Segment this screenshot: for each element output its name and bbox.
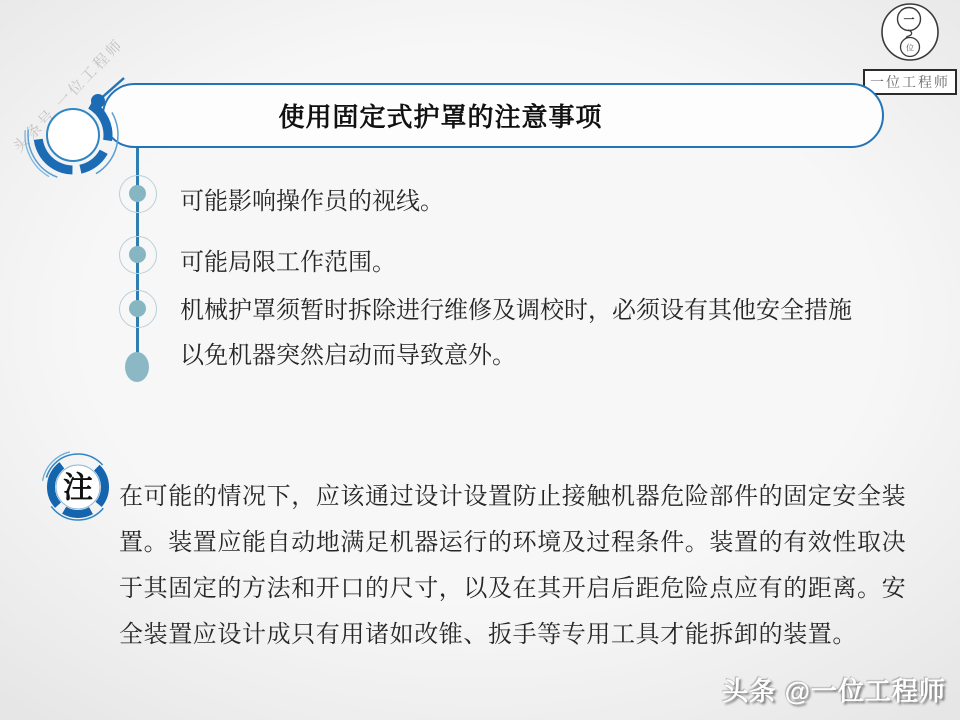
bullet-dot-icon (129, 246, 146, 263)
bullet-item-3: 机械护罩须暂时拆除进行维修及调校时，必须设有其他安全措施 以免机器突然启动而导致… (180, 288, 852, 378)
brand-logo: 一 位 一位工程师 (862, 2, 958, 95)
note-line-1: 在可能的情况下，应该通过设计设置防止接触机器危险部件的固定安全装 (119, 474, 906, 520)
bullet-item-3-line-2: 以免机器突然启动而导致意外。 (180, 333, 852, 378)
note-line-4: 全装置应设计成只有用诸如改锥、扳手等专用工具才能拆卸的装置。 (119, 612, 906, 658)
footer-credit: 头条 @一位工程师 (722, 671, 946, 708)
note-paragraph: 在可能的情况下，应该通过设计设置防止接触机器危险部件的固定安全装 置。装置应能自… (119, 474, 906, 658)
page-title: 使用固定式护罩的注意事项 (278, 97, 602, 134)
logo-top-char: 一 (904, 14, 915, 26)
note-line-3: 于其固定的方法和开口的尺寸，以及在其开启后距危险点应有的距离。安 (119, 566, 906, 612)
timeline-end-dot (125, 352, 149, 382)
bullet-dot-icon (129, 300, 146, 317)
slide-background: 头条号 一位工程师 一 位 一位工程师 使用固定式护罩的注意事项 可能影响操作 (0, 0, 960, 720)
title-bar: 使用固定式护罩的注意事项 (102, 83, 884, 148)
brand-logo-icon: 一 位 (862, 2, 958, 64)
bullet-item-1: 可能影响操作员的视线。 (180, 181, 444, 216)
bullet-item-3-line-1: 机械护罩须暂时拆除进行维修及调校时，必须设有其他安全措施 (180, 288, 852, 333)
note-badge-icon: 注 (36, 445, 120, 529)
logo-bottom-char: 位 (906, 43, 914, 53)
logo-label: 一位工程师 (863, 69, 957, 95)
note-badge-char: 注 (63, 472, 93, 505)
bullet-item-2: 可能局限工作范围。 (180, 242, 396, 277)
note-line-2: 置。装置应能自动地满足机器运行的环境及过程条件。装置的有效性取决 (119, 520, 906, 566)
circle-ornament-icon (10, 62, 150, 192)
bullet-dot-icon (129, 185, 146, 202)
